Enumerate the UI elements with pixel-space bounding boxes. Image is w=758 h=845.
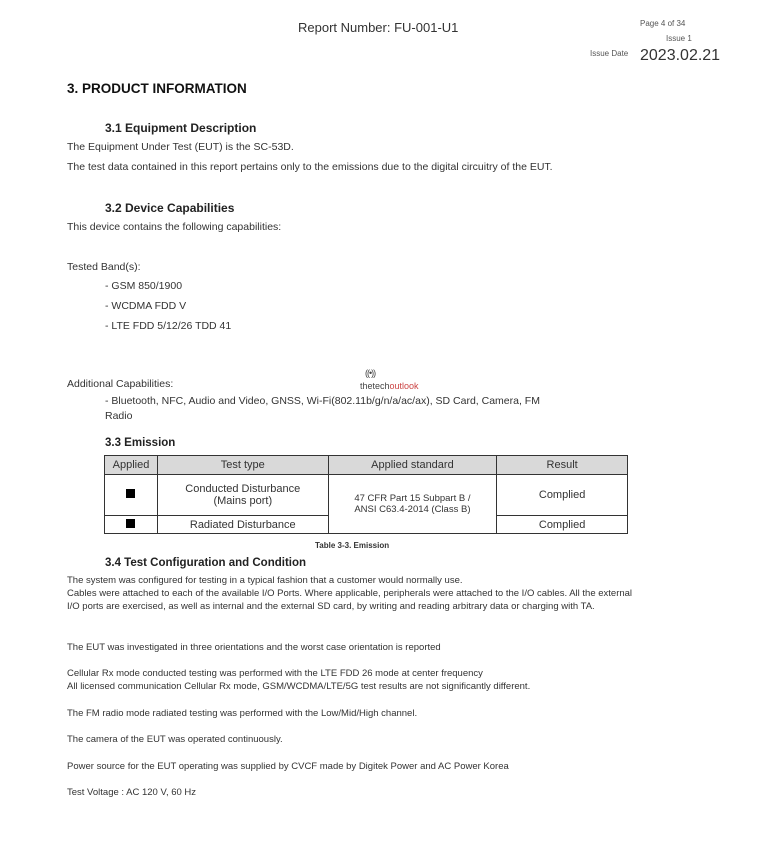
- equipment-line-1: The Equipment Under Test (EUT) is the SC…: [67, 141, 294, 153]
- issue-number: Issue 1: [666, 34, 692, 43]
- equipment-heading: 3.1 Equipment Description: [105, 121, 256, 135]
- band-item: - LTE FDD 5/12/26 TDD 41: [105, 320, 231, 332]
- tested-bands-label: Tested Band(s):: [67, 261, 141, 273]
- band-item: - GSM 850/1900: [105, 280, 182, 292]
- table-caption: Table 3-3. Emission: [315, 541, 389, 550]
- band-item: - WCDMA FDD V: [105, 300, 186, 312]
- result-cell: Complied: [497, 475, 628, 516]
- config-paragraph-2: The EUT was investigated in three orient…: [67, 641, 647, 654]
- additional-capabilities-line-1: - Bluetooth, NFC, Audio and Video, GNSS,…: [105, 395, 540, 407]
- additional-capabilities-line-2: Radio: [105, 410, 132, 422]
- column-header: Applied standard: [328, 456, 497, 475]
- column-header: Result: [497, 456, 628, 475]
- column-header: Applied: [105, 456, 158, 475]
- column-header: Test type: [157, 456, 328, 475]
- checked-box-icon: [126, 519, 135, 528]
- config-paragraph-1: The system was configured for testing in…: [67, 574, 647, 613]
- config-paragraph-5: The camera of the EUT was operated conti…: [67, 733, 647, 746]
- report-number: Report Number: FU-001-U1: [298, 20, 458, 35]
- config-paragraph-4: The FM radio mode radiated testing was p…: [67, 707, 647, 720]
- config-paragraph-6: Power source for the EUT operating was s…: [67, 760, 647, 773]
- checked-box-icon: [126, 489, 135, 498]
- result-cell: Complied: [497, 516, 628, 534]
- emission-heading: 3.3 Emission: [105, 437, 175, 449]
- applied-cell: [105, 475, 158, 516]
- config-paragraph-7: Test Voltage : AC 120 V, 60 Hz: [67, 786, 647, 799]
- capabilities-intro: This device contains the following capab…: [67, 221, 281, 233]
- table-header-row: Applied Test type Applied standard Resul…: [105, 456, 628, 475]
- signal-icon: ((•)): [365, 368, 375, 378]
- page-number: Page 4 of 34: [640, 19, 685, 28]
- section-title: 3. PRODUCT INFORMATION: [67, 81, 247, 96]
- watermark-text: thetechoutlook: [360, 381, 419, 391]
- capabilities-heading: 3.2 Device Capabilities: [105, 201, 234, 215]
- additional-capabilities-label: Additional Capabilities:: [67, 378, 173, 390]
- issue-date-label: Issue Date: [590, 49, 628, 58]
- equipment-line-2: The test data contained in this report p…: [67, 161, 553, 173]
- config-paragraph-3: Cellular Rx mode conducted testing was p…: [67, 667, 647, 693]
- config-heading: 3.4 Test Configuration and Condition: [105, 557, 306, 569]
- test-type-cell: Radiated Disturbance: [157, 516, 328, 534]
- watermark-logo: ((•)) thetechoutlook: [355, 368, 445, 396]
- emission-table: Applied Test type Applied standard Resul…: [104, 455, 628, 534]
- test-type-cell: Conducted Disturbance (Mains port): [157, 475, 328, 516]
- issue-date: 2023.02.21: [640, 47, 720, 65]
- table-row: Conducted Disturbance (Mains port) 47 CF…: [105, 475, 628, 516]
- applied-cell: [105, 516, 158, 534]
- applied-standard-cell: 47 CFR Part 15 Subpart B / ANSI C63.4-20…: [328, 475, 497, 534]
